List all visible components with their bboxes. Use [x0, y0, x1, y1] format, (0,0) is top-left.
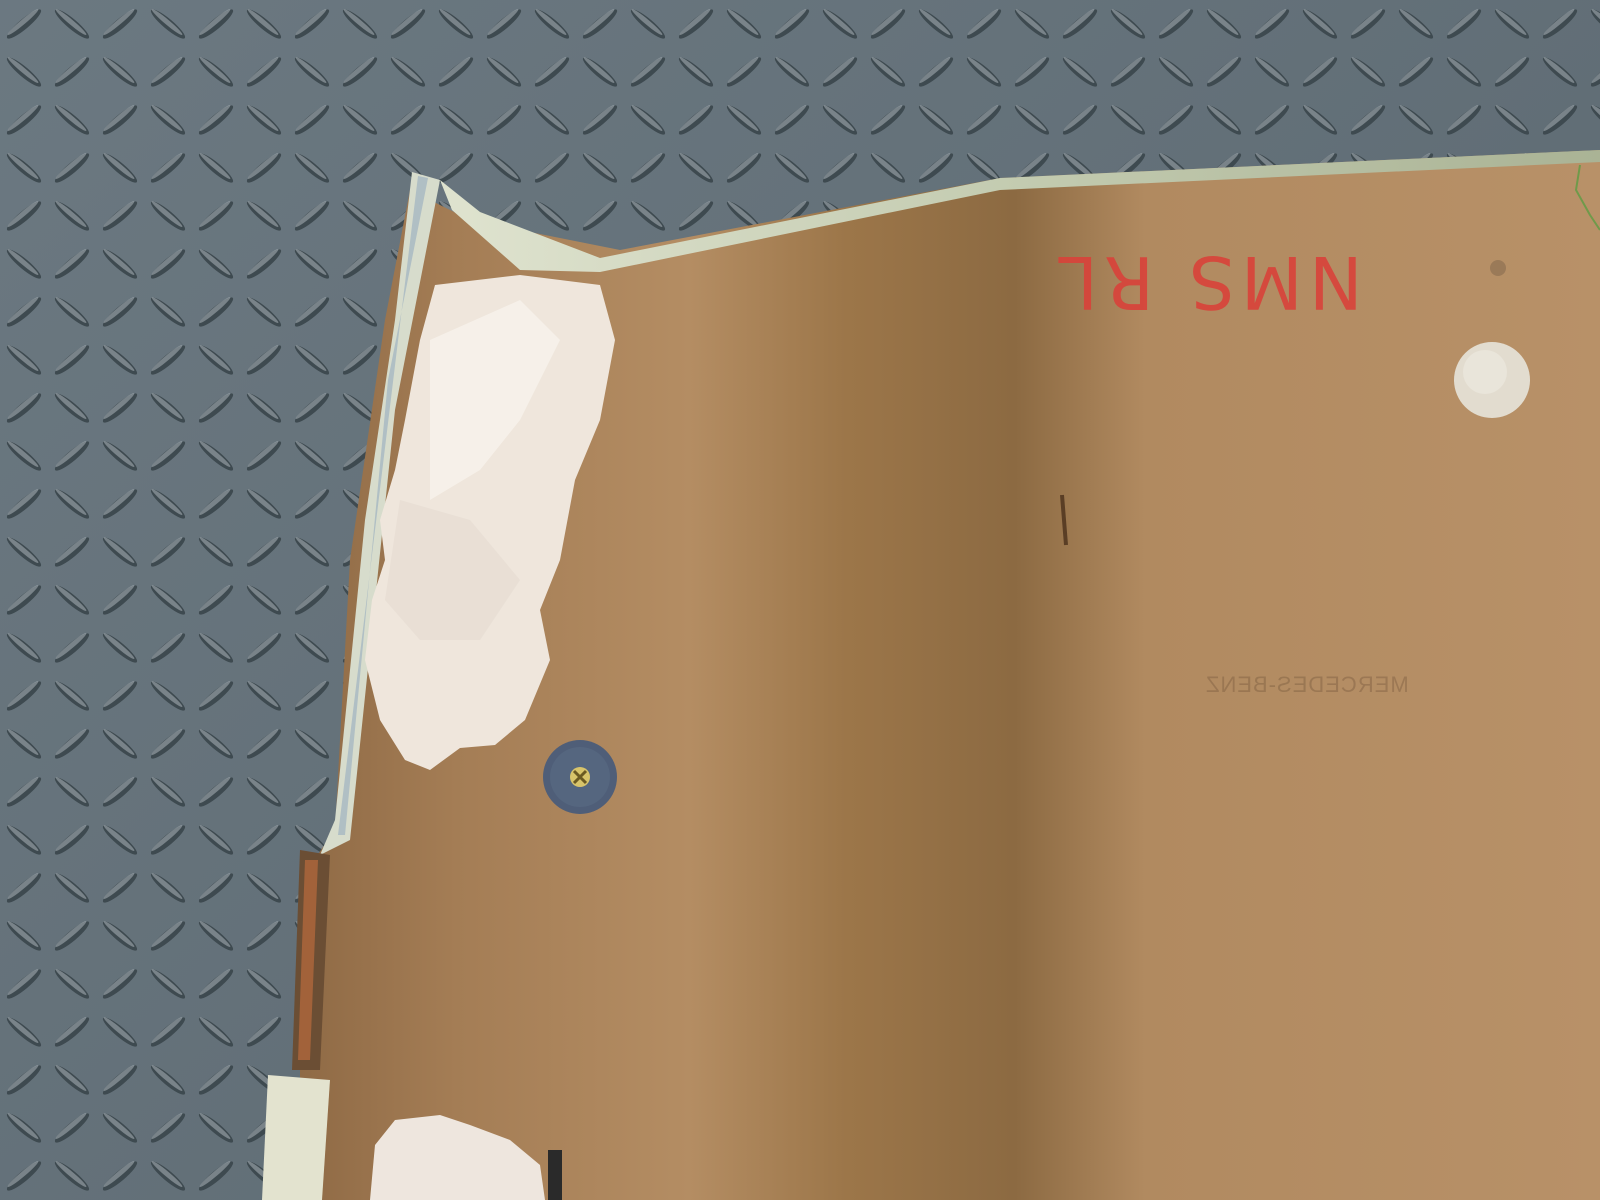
door-panel-hardboard — [0, 0, 1600, 1200]
screw-with-washer — [543, 740, 617, 814]
embossed-brand-text: MERCEDES-BENZ — [1205, 672, 1409, 698]
photo-scene: NMS RL MERCEDES-BENZ — [0, 0, 1600, 1200]
handwritten-marker-label: NMS RL — [1052, 246, 1363, 318]
